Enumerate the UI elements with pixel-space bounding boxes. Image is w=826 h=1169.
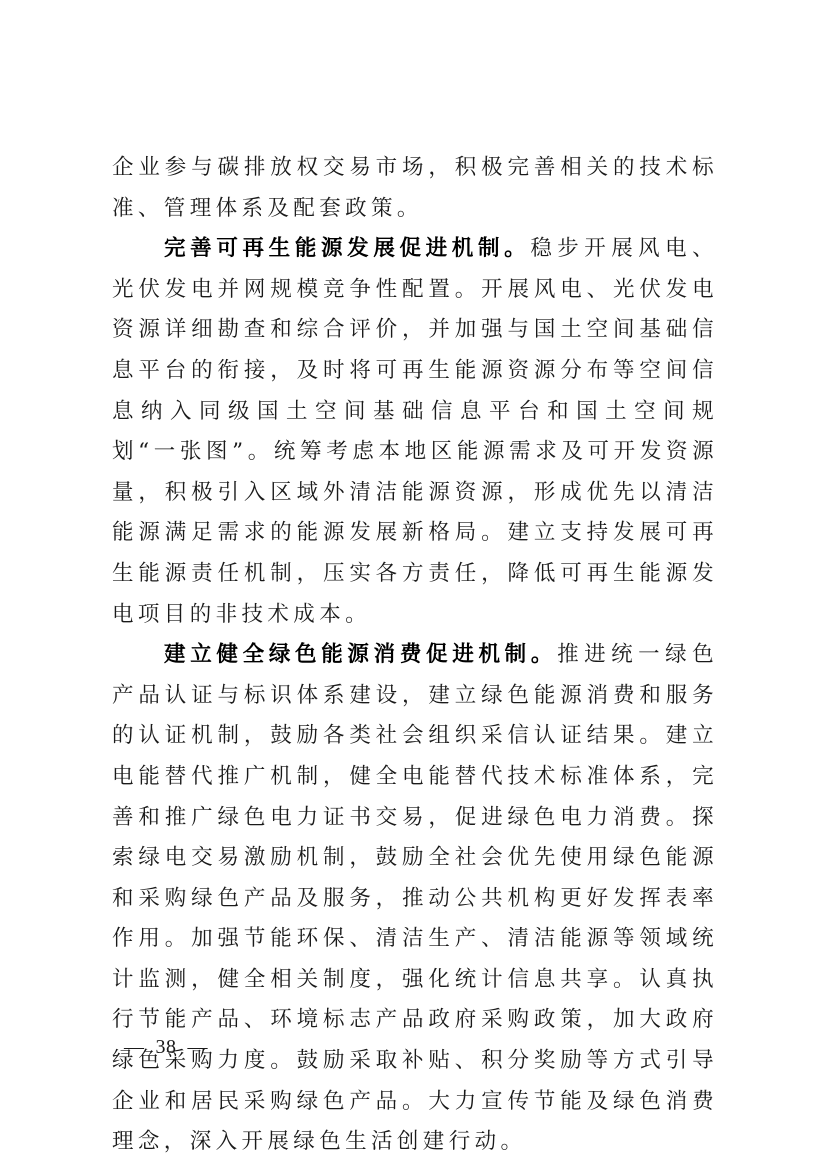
paragraph-green-energy-consumption-mechanism: 建立健全绿色能源消费促进机制。推进统一绿色产品认证与标识体系建设，建立绿色能源消… (112, 635, 718, 1163)
paragraph-continuation: 企业参与碳排放权交易市场，积极完善相关的技术标准、管理体系及配套政策。 (112, 148, 718, 229)
paragraph-text: 企业参与碳排放权交易市场，积极完善相关的技术标准、管理体系及配套政策。 (112, 155, 718, 221)
paragraph-text: 稳步开展风电、光伏发电并网规模竞争性配置。开展风电、光伏发电资源详细勘查和综合评… (112, 236, 718, 626)
page-number: — 38 — (124, 1036, 208, 1059)
document-body: 企业参与碳排放权交易市场，积极完善相关的技术标准、管理体系及配套政策。 完善可再… (112, 148, 718, 1163)
paragraph-heading: 完善可再生能源发展促进机制。 (164, 236, 530, 261)
paragraph-renewable-energy-mechanism: 完善可再生能源发展促进机制。稳步开展风电、光伏发电并网规模竞争性配置。开展风电、… (112, 229, 718, 635)
paragraph-heading: 建立健全绿色能源消费促进机制。 (164, 642, 557, 667)
paragraph-text: 推进统一绿色产品认证与标识体系建设，建立绿色能源消费和服务的认证机制，鼓励各类社… (112, 642, 718, 1154)
